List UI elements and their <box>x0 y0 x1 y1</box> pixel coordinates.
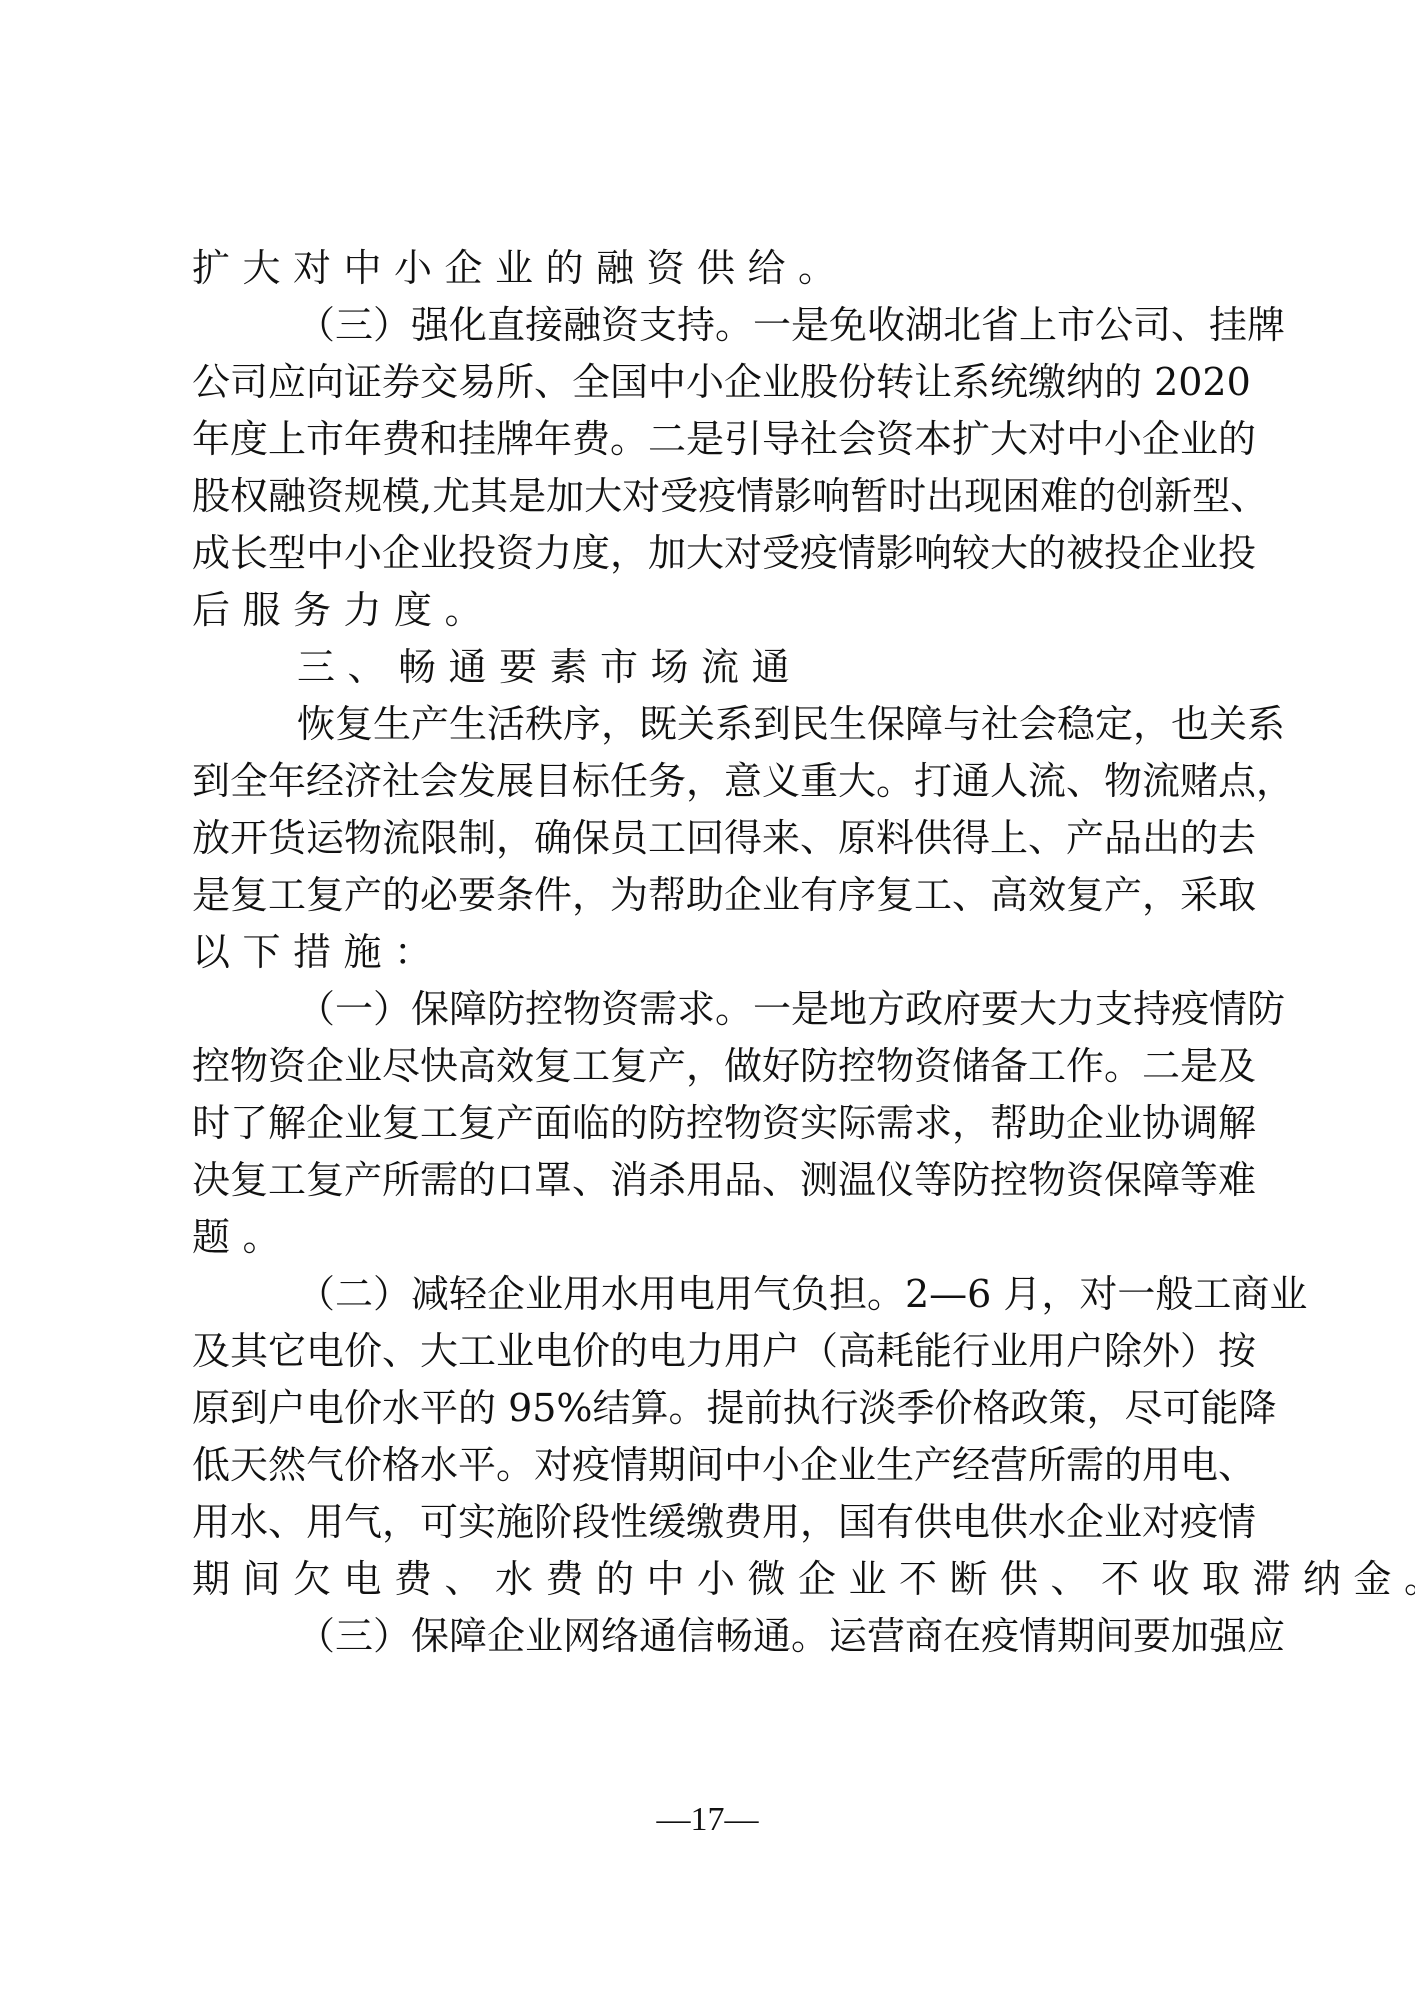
text-line: 到全年经济社会发展目标任务，意义重大。打通人流、物流赌点， <box>192 753 1244 810</box>
document-page: 扩大对中小企业的融资供给。 （三）强化直接融资支持。一是免收湖北省上市公司、挂牌… <box>0 0 1415 2000</box>
text-line: （三）保障企业网络通信畅通。运营商在疫情期间要加强应 <box>192 1608 1244 1665</box>
text-line: （三）强化直接融资支持。一是免收湖北省上市公司、挂牌 <box>192 297 1244 354</box>
text-line: 及其它电价、大工业电价的电力用户（高耗能行业用户除外）按 <box>192 1323 1244 1380</box>
text-line: 公司应向证券交易所、全国中小企业股份转让系统缴纳的 2020 <box>192 354 1244 411</box>
text-line: （二）减轻企业用水用电用气负担。2—6 月，对一般工商业 <box>192 1266 1244 1323</box>
text-line: 期间欠电费、水费的中小微企业不断供、不收取滞纳金。 <box>192 1551 1244 1608</box>
text-line: 时了解企业复工复产面临的防控物资实际需求，帮助企业协调解 <box>192 1095 1244 1152</box>
text-line: 扩大对中小企业的融资供给。 <box>192 240 1244 297</box>
text-line: 年度上市年费和挂牌年费。二是引导社会资本扩大对中小企业的 <box>192 411 1244 468</box>
text-line: 成长型中小企业投资力度，加大对受疫情影响较大的被投企业投 <box>192 525 1244 582</box>
text-line: 题。 <box>192 1209 1244 1266</box>
text-line: （一）保障防控物资需求。一是地方政府要大力支持疫情防 <box>192 981 1244 1038</box>
text-line: 后服务力度。 <box>192 582 1244 639</box>
text-line: 以下措施： <box>192 924 1244 981</box>
text-line: 控物资企业尽快高效复工复产，做好防控物资储备工作。二是及 <box>192 1038 1244 1095</box>
document-body: 扩大对中小企业的融资供给。 （三）强化直接融资支持。一是免收湖北省上市公司、挂牌… <box>192 240 1244 1665</box>
text-line: 低天然气价格水平。对疫情期间中小企业生产经营所需的用电、 <box>192 1437 1244 1494</box>
page-number: —17— <box>0 1800 1415 1840</box>
text-line: 用水、用气，可实施阶段性缓缴费用，国有供电供水企业对疫情 <box>192 1494 1244 1551</box>
text-line: 是复工复产的必要条件，为帮助企业有序复工、高效复产，采取 <box>192 867 1244 924</box>
text-line: 原到户电价水平的 95%结算。提前执行淡季价格政策，尽可能降 <box>192 1380 1244 1437</box>
text-line: 决复工复产所需的口罩、消杀用品、测温仪等防控物资保障等难 <box>192 1152 1244 1209</box>
section-heading: 三、畅通要素市场流通 <box>192 639 1244 696</box>
text-line: 放开货运物流限制，确保员工回得来、原料供得上、产品出的去 <box>192 810 1244 867</box>
text-line: 恢复生产生活秩序，既关系到民生保障与社会稳定，也关系 <box>192 696 1244 753</box>
text-line: 股权融资规模,尤其是加大对受疫情影响暂时出现困难的创新型、 <box>192 468 1244 525</box>
